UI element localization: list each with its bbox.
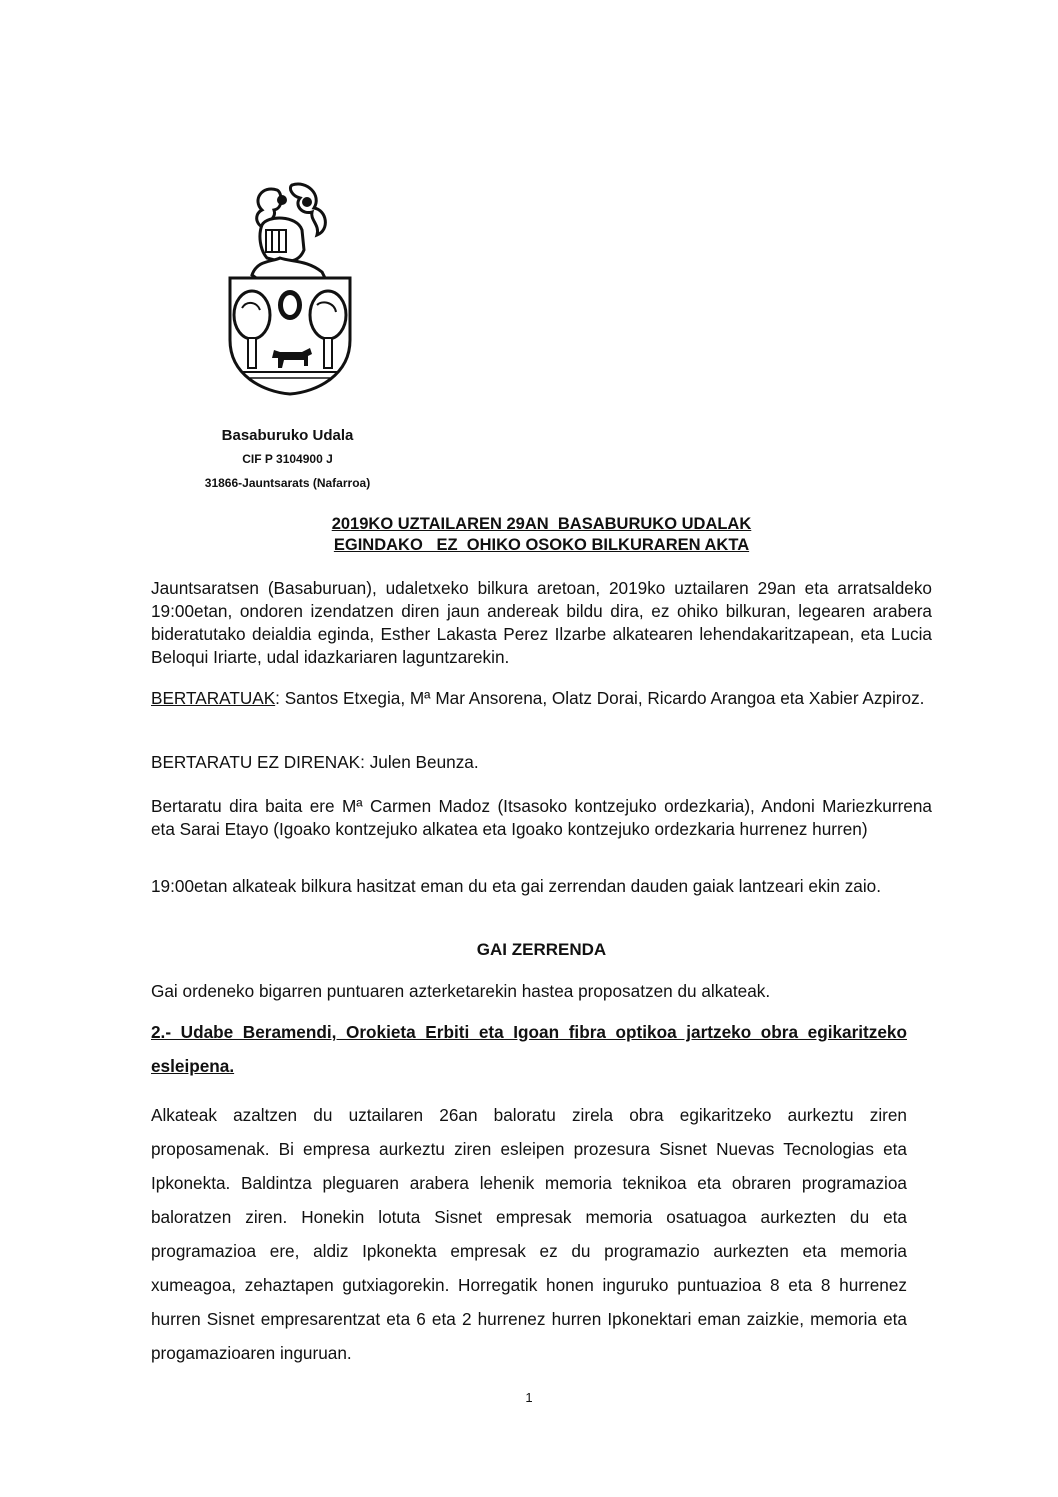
agenda-item-2-title: 2.- Udabe Beramendi, Orokieta Erbiti eta…: [151, 1015, 907, 1083]
agenda-item-2-body: Alkateak azaltzen du uztailaren 26an bal…: [151, 1098, 907, 1370]
document-title-line-2: EGINDAKO EZ OHIKO OSOKO BILKURAREN AKTA: [150, 535, 933, 555]
municipal-coat-of-arms-icon: [222, 180, 358, 398]
organization-name: Basaburuko Udala: [150, 427, 425, 444]
agenda-heading: GAI ZERRENDA: [150, 940, 933, 960]
attendees-label: BERTARATUAK: [151, 688, 275, 708]
organization-address: 31866-Jauntsarats (Nafarroa): [150, 476, 425, 490]
document-title-line-1: 2019KO UZTAILAREN 29AN BASABURUKO UDALAK: [150, 514, 933, 534]
page-number: 1: [0, 1390, 1058, 1405]
organization-cif: CIF P 3104900 J: [150, 452, 425, 466]
opening-paragraph: 19:00etan alkateak bilkura hasitzat eman…: [151, 875, 932, 898]
attendees-list: : Santos Etxegia, Mª Mar Ansorena, Olatz…: [275, 688, 924, 708]
document-page: Basaburuko Udala CIF P 3104900 J 31866-J…: [0, 0, 1058, 1497]
agenda-intro: Gai ordeneko bigarren puntuaren azterket…: [151, 980, 932, 1003]
also-present-paragraph: Bertaratu dira baita ere Mª Carmen Madoz…: [151, 795, 932, 841]
attendees-paragraph: BERTARATUAK: Santos Etxegia, Mª Mar Anso…: [151, 687, 932, 710]
intro-paragraph: Jauntsaratsen (Basaburuan), udaletxeko b…: [151, 577, 932, 669]
absent-paragraph: BERTARATU EZ DIRENAK: Julen Beunza.: [151, 751, 932, 774]
